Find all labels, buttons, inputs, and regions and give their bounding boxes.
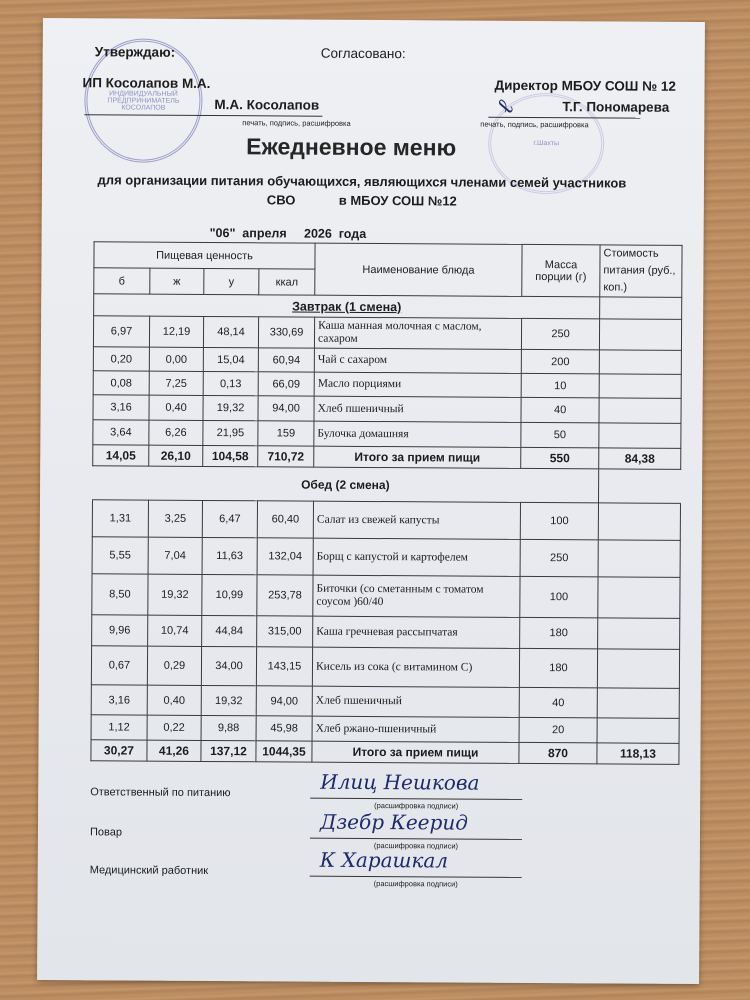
cell-u: 19,32 [203,395,258,420]
cell-zh: 0,40 [147,685,201,715]
cell-zh: 0,22 [147,715,201,740]
cell-b: 3,16 [91,685,147,715]
cell-zh: 0,40 [149,395,203,420]
cell-zh: 0,29 [147,646,201,685]
cell-mass: 100 [520,576,598,617]
cell-cost [599,319,681,351]
section-title: Обед (2 смена) [301,477,390,492]
approve-caption: печать, подпись, расшифровка [242,118,350,128]
cell-cost [597,718,679,744]
cell-b: 0,08 [93,371,149,395]
cell-b: 3,16 [93,395,149,420]
handwritten-signature: Илиц Нешкова [320,770,479,795]
section-cost-cell [599,469,681,504]
cell-dish: Биточки (со сметанным с томатом соусом )… [313,575,520,617]
total-b: 30,27 [91,740,147,761]
dish-header: Наименование блюда [315,243,522,296]
cell-b: 9,96 [92,615,148,646]
cell-kcal: 45,98 [256,716,312,741]
table-row: 1,313,256,4760,40Салат из свежей капусты… [92,500,680,541]
total-kcal: 710,72 [258,446,314,467]
cell-cost [599,374,681,399]
cell-mass: 20 [519,717,597,742]
kcal-header: ккал [259,269,315,295]
cell-u: 10,99 [202,574,257,615]
cell-u: 0,13 [203,371,258,395]
cell-u: 44,84 [202,615,257,646]
cell-cost [598,618,680,650]
signature-line [310,838,522,840]
cell-mass: 200 [521,349,599,373]
cell-cost [598,503,680,541]
total-label: Итого за прием пищи [314,446,521,468]
cell-dish: Чай с сахаром [314,348,521,373]
total-zh: 41,26 [147,740,201,761]
cell-zh: 19,32 [148,574,202,615]
page-title: Ежедневное меню [42,132,660,163]
director-name: Т.Г. Пономарева [562,99,669,115]
cell-kcal: 60,94 [258,348,314,372]
table-row: 0,200,0015,0460,94Чай с сахаром200 [93,347,681,375]
total-u: 137,12 [201,740,256,761]
cell-dish: Салат из свежей капусты [313,501,520,539]
cell-kcal: 143,15 [256,647,312,686]
table-row: 1,120,229,8845,98Хлеб ржано-пшеничный20 [91,715,679,744]
ip-signatory: М.А. Косолапов [214,97,319,113]
cell-zh: 7,25 [149,371,203,395]
ip-name: ИП Косолапов М.А. [83,75,211,91]
signature-line [310,798,522,800]
cell-cost [597,649,679,689]
table-row: 5,557,0411,63132,04Борщ с капустой и кар… [92,537,680,578]
cell-u: 19,32 [201,685,256,715]
handwritten-signature: Дзебр Кеерид [320,810,468,835]
total-mass: 870 [519,742,597,763]
cell-u: 21,95 [203,420,258,445]
cell-dish: Булочка домашняя [314,421,521,447]
cell-dish: Масло порциями [314,372,521,397]
table-row: 6,9712,1948,14330,69Каша манная молочная… [93,316,681,351]
total-zh: 26,10 [149,445,203,466]
cell-u: 48,14 [203,316,258,347]
cell-kcal: 94,00 [256,686,312,716]
protein-header: б [94,268,150,294]
cell-mass: 250 [520,539,598,576]
cell-kcal: 66,09 [258,372,314,396]
cell-dish: Каша манная молочная с маслом, сахаром [314,317,521,349]
cell-b: 0,20 [93,347,149,371]
cell-kcal: 330,69 [258,317,314,348]
cell-b: 1,12 [91,715,147,740]
fat-header: ж [150,268,204,294]
table-row: 3,646,2621,95159Булочка домашняя50 [93,420,681,449]
cost-header: Стоимость питания (руб., коп.) [600,245,682,297]
total-cost: 118,13 [597,743,679,765]
total-label: Итого за прием пищи [312,741,519,763]
director-caption: печать, подпись, расшифровка [480,120,588,130]
cell-u: 6,47 [202,500,257,537]
mass-header: Масса порции (г) [522,244,600,296]
cell-cost [599,350,681,375]
menu-date: "06" апреля 2026 года [210,226,367,241]
cell-mass: 50 [521,422,599,447]
approve-label: Утверждаю: [95,44,175,59]
signature-role: Ответственный по питанию [90,786,230,799]
cell-mass: 180 [520,617,598,648]
subtitle-line-1: для организации питания обучающихся, явл… [62,170,662,193]
section-header: Обед (2 смена) [93,466,681,504]
cell-dish: Борщ с капустой и картофелем [313,538,520,576]
cell-mass: 250 [521,318,599,349]
carbs-header: у [204,268,259,294]
cell-kcal: 132,04 [257,538,313,575]
signature-area: Ответственный по питаниюИлиц Нешкова(рас… [43,18,705,22]
signature-role: Медицинский работник [90,864,208,877]
cell-zh: 10,74 [148,615,202,646]
cell-u: 15,04 [203,347,258,371]
cell-cost [599,398,681,424]
director-title: Директор МБОУ СОШ № 12 [494,78,676,94]
table-row: 3,160,4019,3294,00Хлеб пшеничный40 [93,395,681,424]
cell-kcal: 94,00 [258,396,314,421]
total-cost: 84,38 [599,448,681,470]
cell-mass: 10 [521,373,599,397]
signature-line [310,876,522,878]
subtitle-line-2: СВО в МБОУ СОШ №12 [62,189,662,212]
cell-mass: 40 [521,397,599,422]
table-row: 8,5019,3210,99253,78Биточки (со сметанны… [92,574,680,619]
total-b: 14,05 [93,445,149,466]
cell-u: 9,88 [201,715,256,740]
total-u: 104,58 [203,445,258,466]
section-cost-cell [600,297,682,320]
cell-dish: Хлеб ржано-пшеничный [312,716,519,742]
cell-kcal: 315,00 [257,616,313,647]
table-row: 0,670,2934,00143,15Кисель из сока (с вит… [91,646,679,689]
menu-table: Пищевая ценность Наименование блюда Масс… [90,241,682,765]
table-row: 0,087,250,1366,09Масло порциями10 [93,371,681,399]
cell-kcal: 159 [258,421,314,446]
total-kcal: 1044,35 [256,741,312,762]
cell-dish: Кисель из сока (с витамином С) [312,647,519,687]
handwritten-signature: К Харашкал [320,848,448,873]
cell-cost [599,423,681,449]
cell-u: 34,00 [201,646,256,685]
menu-document: ИНДИВИДУАЛЬНЫЙ ПРЕДПРИНИМАТЕЛЬ КОСОЛАПОВ… [37,18,705,984]
nutrition-header: Пищевая ценность [94,242,315,269]
cell-mass: 100 [520,502,598,539]
section-title: Завтрак (1 смена) [292,299,401,314]
cell-dish: Хлеб пшеничный [314,396,521,422]
cell-kcal: 60,40 [257,501,313,538]
cell-zh: 3,25 [148,500,202,537]
cell-zh: 0,00 [149,347,203,371]
cell-u: 11,63 [202,537,257,574]
cell-cost [597,688,679,719]
subtitle: для организации питания обучающихся, явл… [62,170,662,212]
cell-cost [598,577,680,619]
cell-b: 3,64 [93,420,149,445]
total-mass: 550 [521,447,599,468]
cell-dish: Хлеб пшеничный [312,686,519,717]
cell-dish: Каша гречневая рассыпчатая [313,616,520,648]
table-row: 3,160,4019,3294,00Хлеб пшеничный40 [91,685,679,719]
table-row: 9,9610,7444,84315,00Каша гречневая рассы… [92,615,680,650]
cell-kcal: 253,78 [257,575,313,616]
cell-zh: 12,19 [149,316,203,347]
menu-body: Завтрак (1 смена)6,9712,1948,14330,69Каш… [91,294,682,765]
cell-b: 0,67 [91,646,147,685]
signature-role: Повар [90,826,122,838]
agreed-label: Согласовано: [321,46,406,62]
cell-b: 5,55 [92,537,148,574]
cell-mass: 180 [519,648,597,687]
cell-zh: 7,04 [148,537,202,574]
cell-b: 8,50 [92,574,148,615]
cell-b: 6,97 [93,316,149,347]
ip-stamp-text: ИНДИВИДУАЛЬНЫЙ ПРЕДПРИНИМАТЕЛЬ КОСОЛАПОВ [87,90,199,112]
cell-mass: 40 [519,687,597,717]
cell-b: 1,31 [92,500,148,537]
cell-cost [598,540,680,578]
cell-zh: 6,26 [149,420,203,445]
total-row: 30,2741,26137,121044,35Итого за прием пи… [91,740,679,765]
signature-caption: (расшифровка подписи) [374,879,458,889]
